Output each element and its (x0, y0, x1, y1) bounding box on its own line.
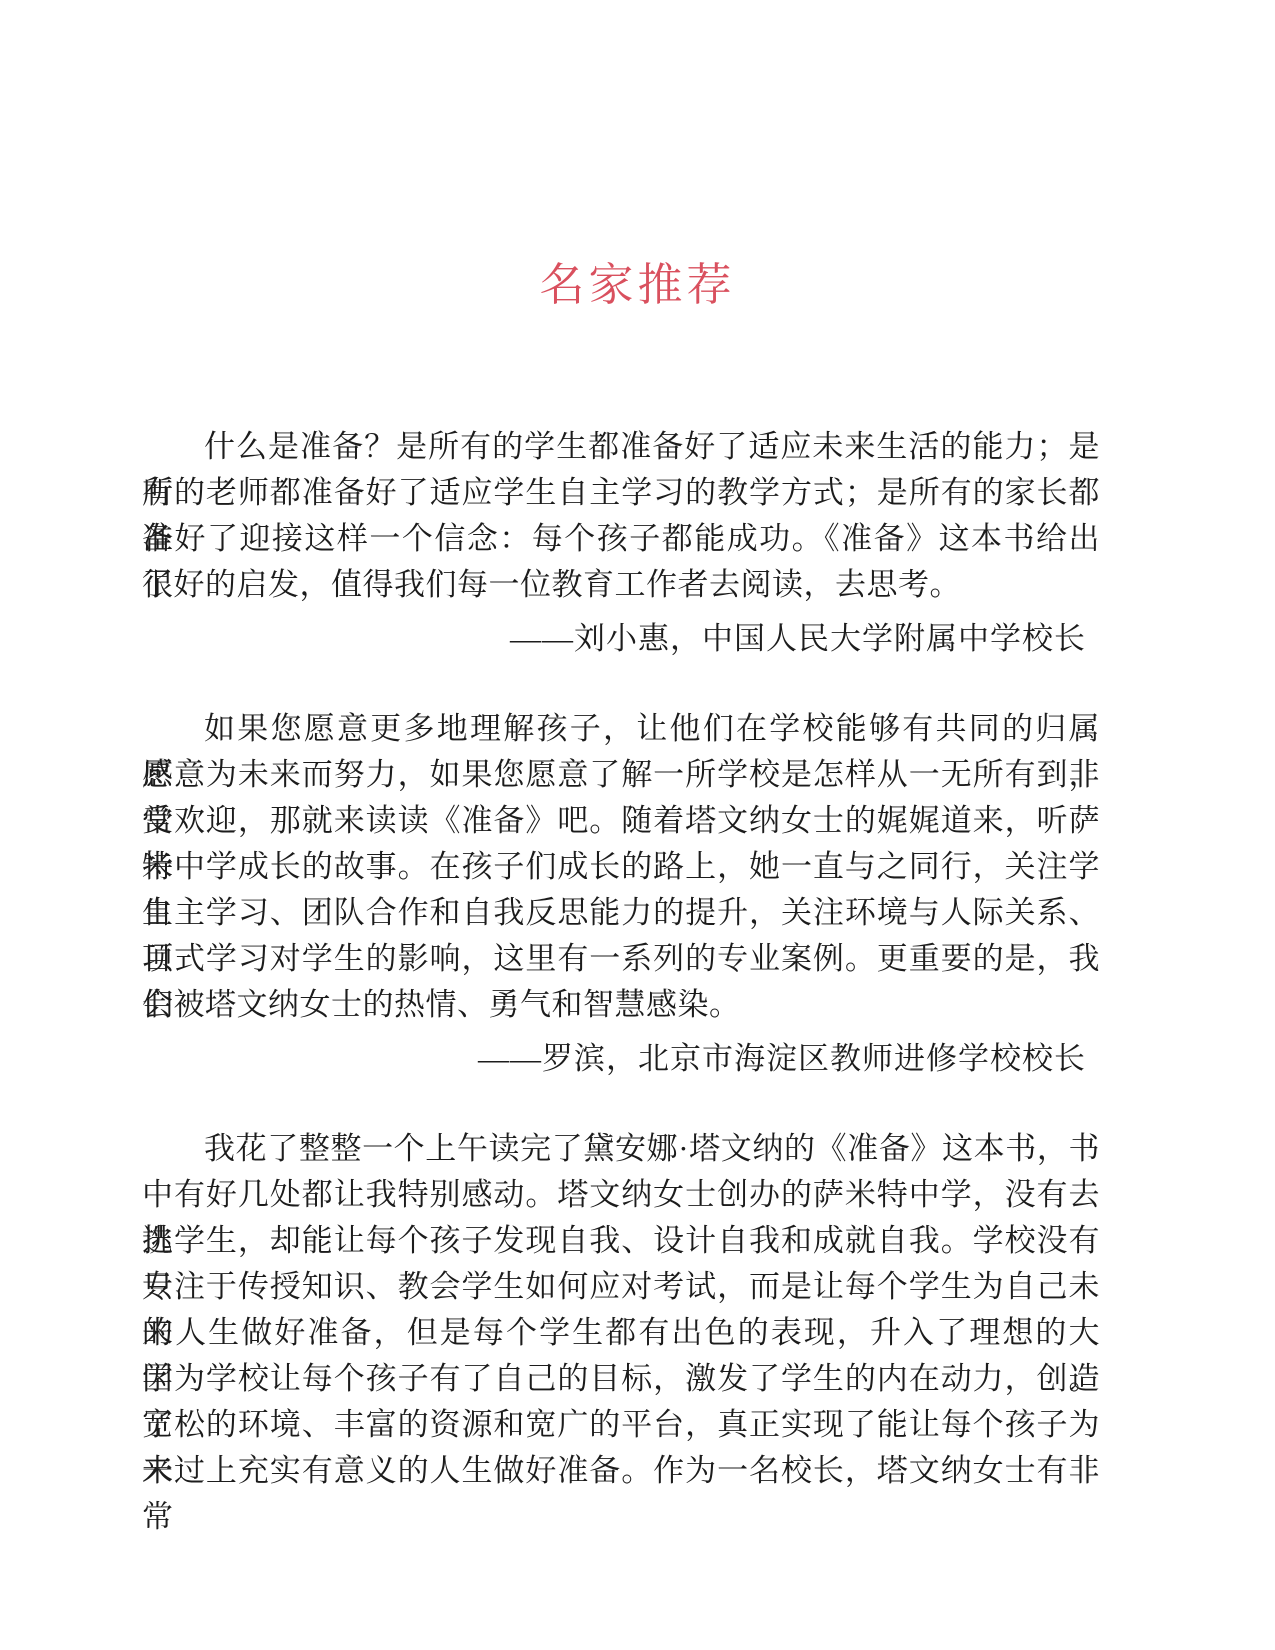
quote-line: 来过上充实有意义的人生做好准备。作为一名校长，塔文纳女士有非常 (142, 1448, 1100, 1494)
page-title: 名家推荐 (0, 258, 1275, 312)
quote-line: 有的老师都准备好了适应学生自主学习的教学方式；是所有的家长都准 (142, 470, 1100, 516)
quote-line: 受欢迎，那就来读读《准备》吧。随着塔文纳女士的娓娓道来，听萨米 (142, 798, 1100, 844)
quote-line: 宽松的环境、丰富的资源和宽广的平台，真正实现了能让每个孩子为未 (142, 1402, 1100, 1448)
quote-block-2: 如果您愿意更多地理解孩子，让他们在学校能够有共同的归属感， 愿意为未来而努力，如… (142, 706, 1100, 1028)
quote-line: 的人生做好准备，但是每个学生都有出色的表现，升入了理想的大学。 (142, 1310, 1100, 1356)
quote-line: 什么是准备？是所有的学生都准备好了适应未来生活的能力；是所 (142, 424, 1100, 470)
quote-line: 因为学校让每个孩子有了自己的目标，激发了学生的内在动力，创造了 (142, 1356, 1100, 1402)
quote-line: 自主学习、团队合作和自我反思能力的提升，关注环境与人际关系、项 (142, 890, 1100, 936)
quote-line: 很好的启发，值得我们每一位教育工作者去阅读，去思考。 (142, 562, 1100, 608)
page-body: 什么是准备？是所有的学生都准备好了适应未来生活的能力；是所 有的老师都准备好了适… (142, 424, 1100, 1494)
quote-line: 我花了整整一个上午读完了黛安娜·塔文纳的《准备》这本书，书 (142, 1126, 1100, 1172)
quote-line: 中有好几处都让我特别感动。塔文纳女士创办的萨米特中学，没有去挑 (142, 1172, 1100, 1218)
quote-block-3: 我花了整整一个上午读完了黛安娜·塔文纳的《准备》这本书，书 中有好几处都让我特别… (142, 1126, 1100, 1494)
quote-line: 目式学习对学生的影响，这里有一系列的专业案例。更重要的是，我们 (142, 936, 1100, 982)
quote-line: 备好了迎接这样一个信念：每个孩子都能成功。《准备》这本书给出了 (142, 516, 1100, 562)
attribution-1: ——刘小惠，中国人民大学附属中学校长 (142, 616, 1100, 662)
quote-block-1: 什么是准备？是所有的学生都准备好了适应未来生活的能力；是所 有的老师都准备好了适… (142, 424, 1100, 608)
quote-line: 特中学成长的故事。在孩子们成长的路上，她一直与之同行，关注学生 (142, 844, 1100, 890)
quote-line: 愿意为未来而努力，如果您愿意了解一所学校是怎样从一无所有到非常 (142, 752, 1100, 798)
quote-line: 会被塔文纳女士的热情、勇气和智慧感染。 (142, 982, 1100, 1028)
quote-line: 专注于传授知识、教会学生如何应对考试，而是让每个学生为自己未来 (142, 1264, 1100, 1310)
quote-line: 选学生，却能让每个孩子发现自我、设计自我和成就自我。学校没有只 (142, 1218, 1100, 1264)
attribution-2: ——罗滨，北京市海淀区教师进修学校校长 (142, 1036, 1100, 1082)
quote-line: 如果您愿意更多地理解孩子，让他们在学校能够有共同的归属感， (142, 706, 1100, 752)
